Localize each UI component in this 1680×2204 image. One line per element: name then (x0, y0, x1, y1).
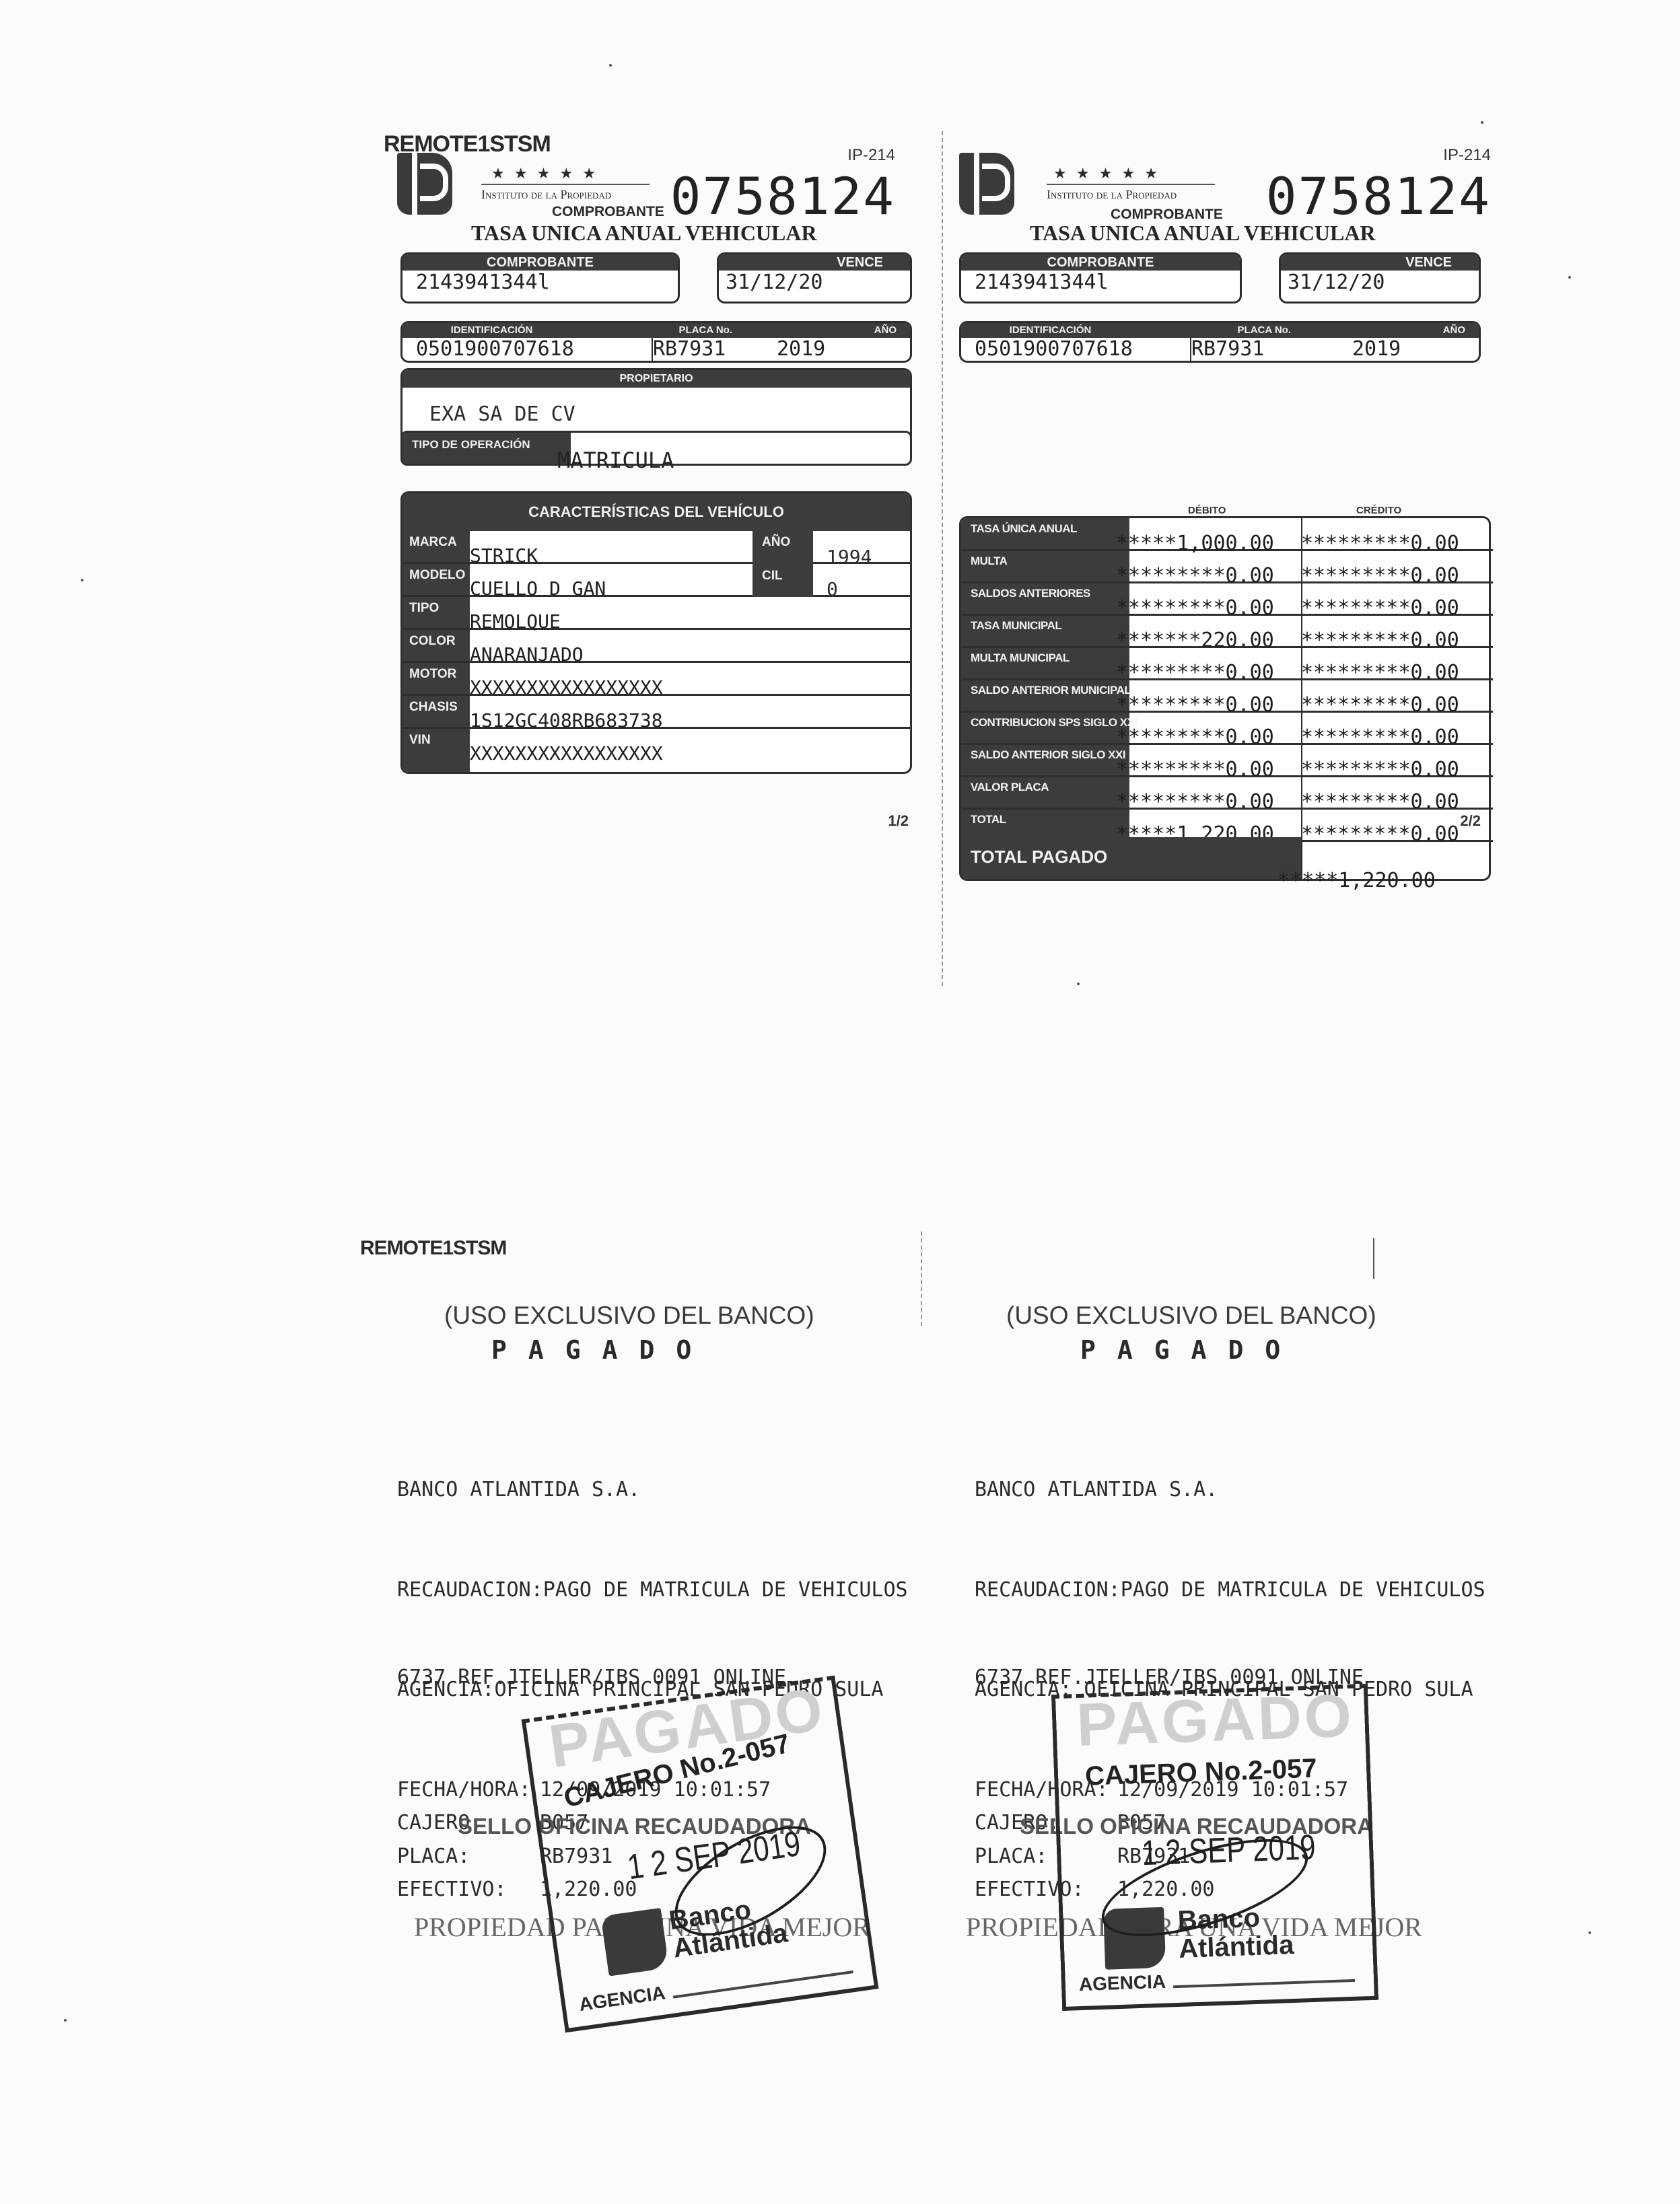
collection-type: RECAUDACION:PAGO DE MATRICULA DE VEHICUL… (975, 1573, 1485, 1607)
placa-value: RB7931 (1190, 338, 1348, 362)
charge-label: SALDO ANTERIOR MUNICIPAL (971, 684, 1131, 697)
cut-line (942, 131, 943, 986)
vehicle-year-label: AÑO (762, 535, 790, 550)
page-indicator: 2/2 (1460, 812, 1481, 830)
charge-credit: *********0.00 (1301, 822, 1459, 846)
charge-row: MULTA MUNICIPAL*********0.00*********0.0… (961, 647, 1493, 680)
identificacion-value: 0501900707618 (403, 338, 652, 362)
divider (481, 184, 650, 185)
characteristic-label: VIN (409, 733, 431, 748)
identification-box: IDENTIFICACIÓN PLACA No. AÑO 05019007076… (959, 321, 1481, 363)
charge-label: CONTRIBUCION SPS SIGLO XXI (971, 716, 1137, 730)
charge-row: CONTRIBUCION SPS SIGLO XXI*********0.00*… (961, 712, 1493, 745)
characteristic-label: TIPO (409, 601, 439, 616)
characteristic-row: CHASIS1S12GC408RB683738 (403, 696, 910, 729)
charge-label: TASA ÚNICA ANUAL (971, 522, 1077, 536)
characteristic-label: CHASIS (409, 700, 458, 715)
characteristic-value: XXXXXXXXXXXXXXXXX (470, 742, 663, 765)
comprobante-value: 2143941344l (403, 271, 678, 295)
owner-header: PROPIETARIO (403, 370, 910, 388)
form-code: IP-214 (1443, 146, 1491, 165)
identificacion-value: 0501900707618 (961, 338, 1190, 362)
serial-number: 0758124 (670, 166, 895, 226)
operation-type-value: MATRICULA (557, 448, 674, 473)
characteristic-label: COLOR (409, 634, 456, 649)
charge-label: VALOR PLACA (971, 781, 1049, 794)
comprobante-label: COMPROBANTE (552, 204, 664, 220)
bank-name: BANCO ATLANTIDA S.A. (397, 1473, 908, 1507)
bank-slip-left: (USO EXCLUSIVO DEL BANCO) PAGADO BANCO A… (390, 1292, 942, 2046)
debit-header: DÉBITO (1188, 505, 1226, 516)
charges-table: TASA ÚNICA ANUAL*****1,000.00*********0.… (959, 516, 1491, 881)
characteristic-row: MOTORXXXXXXXXXXXXXXXXX (403, 663, 910, 696)
total-paid-value: *****1,220.00 (1277, 869, 1436, 892)
divider (1047, 184, 1215, 185)
total-paid-label: TOTAL PAGADO (971, 847, 1107, 867)
charge-row: TASA ÚNICA ANUAL*****1,000.00*********0.… (961, 518, 1493, 551)
anio-value: 2019 (773, 338, 910, 362)
bank-name: BANCO ATLANTIDA S.A. (975, 1473, 1485, 1507)
charge-row: TASA MUNICIPAL*******220.00*********0.00 (961, 615, 1493, 648)
collection-type: RECAUDACION:PAGO DE MATRICULA DE VEHICUL… (397, 1573, 908, 1607)
identificacion-header: IDENTIFICACIÓN (961, 323, 1140, 338)
slip-field-key: FECHA/HORA: (397, 1773, 540, 1807)
document-title: TASA UNICA ANUAL VEHICULAR (1030, 221, 1376, 246)
characteristic-label: MODELO (409, 568, 465, 583)
placa-header: PLACA No. (1140, 323, 1304, 338)
charge-label: SALDO ANTERIOR SIGLO XXI (971, 748, 1125, 762)
characteristics-header: CARACTERÍSTICAS DEL VEHÍCULO (403, 493, 910, 531)
identification-box: IDENTIFICACIÓN PLACA No. AÑO 05019007076… (400, 321, 912, 363)
placa-header: PLACA No. (581, 323, 746, 338)
charge-label: TOTAL (971, 813, 1006, 826)
comprobante-box: COMPROBANTE 2143941344l (959, 252, 1242, 304)
charge-row: SALDOS ANTERIORES*********0.00*********0… (961, 583, 1493, 616)
bank-use-label: (USO EXCLUSIVO DEL BANCO) (444, 1302, 814, 1330)
placa-value: RB7931 (652, 338, 773, 362)
cylinders-value: 0 (827, 578, 838, 600)
serial-number: 0758124 (1266, 166, 1491, 226)
characteristic-label: MOTOR (409, 667, 456, 682)
anio-value: 2019 (1348, 338, 1479, 362)
comprobante-header: COMPROBANTE (403, 254, 678, 271)
owner-value: EXA SA DE CV (403, 388, 910, 426)
charge-label: MULTA (971, 555, 1007, 568)
charge-row: SALDO ANTERIOR SIGLO XXI*********0.00***… (961, 744, 1493, 777)
vehicle-characteristics: CARACTERÍSTICAS DEL VEHÍCULO MARCASTRICK… (400, 491, 912, 774)
anio-header: AÑO (1304, 323, 1479, 338)
slip-header-code: REMOTE1STSM (360, 1237, 506, 1260)
characteristic-label: MARCA (409, 535, 457, 550)
identificacion-header: IDENTIFICACIÓN (403, 323, 581, 338)
receipt-page-2: ★ ★ ★ ★ ★ Instituto de la Propiedad IP-2… (946, 131, 1504, 845)
slip-field-key: EFECTIVO: (397, 1873, 540, 1907)
stamp-cashier: CAJERO No.2-057 (1084, 1754, 1317, 1792)
institution-name: Instituto de la Propiedad (1047, 188, 1177, 202)
form-code: IP-214 (847, 146, 895, 165)
paid-label: PAGADO (1080, 1335, 1302, 1365)
stamp-agency: AGENCIA (577, 1982, 666, 2016)
slip-field-key: PLACA: (397, 1840, 540, 1874)
comprobante-value: 2143941344l (961, 271, 1240, 295)
total-paid-row: TOTAL PAGADO (961, 837, 1301, 879)
charge-label: SALDOS ANTERIORES (971, 587, 1090, 600)
institution-name: Instituto de la Propiedad (481, 188, 611, 202)
stars-icon: ★ ★ ★ ★ ★ (1053, 165, 1160, 182)
document-title: TASA UNICA ANUAL VEHICULAR (471, 221, 817, 246)
charge-row: MULTA*********0.00*********0.00 (961, 550, 1493, 583)
anio-header: AÑO (746, 323, 910, 338)
reference-line: 6737 REF.JTELLER/IBS 0091 ONLINE (397, 1666, 786, 1689)
operation-type-label: TIPO DE OPERACIÓN (403, 433, 571, 464)
vence-header: VENCE (719, 254, 910, 271)
cut-line (1373, 1238, 1374, 1279)
operation-type-box: TIPO DE OPERACIÓN MATRICULA (400, 431, 912, 466)
vence-value: 31/12/20 (1281, 271, 1479, 295)
vence-value: 31/12/20 (719, 271, 910, 295)
bank-slip-right: (USO EXCLUSIVO DEL BANCO) PAGADO BANCO A… (969, 1292, 1521, 2046)
bank-use-label: (USO EXCLUSIVO DEL BANCO) (1006, 1302, 1376, 1330)
page-indicator: 1/2 (888, 812, 909, 830)
charge-row: VALOR PLACA*********0.00*********0.00 (961, 777, 1493, 810)
charge-label: MULTA MUNICIPAL (971, 651, 1070, 665)
characteristic-row: VINXXXXXXXXXXXXXXXXX (403, 729, 910, 762)
charge-label: TASA MUNICIPAL (971, 619, 1061, 633)
characteristic-row: TIPOREMOLQUE (403, 597, 910, 630)
vence-header: VENCE (1281, 254, 1479, 271)
banco-atlantida-logo-icon (600, 1908, 669, 1977)
stamp-agency: AGENCIA (1078, 1971, 1166, 1995)
ip-logo-icon (397, 153, 452, 215)
charge-row: SALDO ANTERIOR MUNICIPAL*********0.00***… (961, 680, 1493, 713)
receipt-page-1: REMOTE1STSM ★ ★ ★ ★ ★ Instituto de la Pr… (363, 131, 922, 845)
characteristic-row: COLORANARANJADO (403, 630, 910, 663)
vehicle-year-value: 1994 (827, 546, 872, 568)
vence-box: VENCE 31/12/20 (717, 252, 912, 304)
stars-icon: ★ ★ ★ ★ ★ (491, 165, 598, 182)
comprobante-box: COMPROBANTE 2143941344l (400, 252, 680, 304)
cylinders-label: CIL (762, 569, 783, 583)
comprobante-header: COMPROBANTE (961, 254, 1240, 271)
vence-box: VENCE 31/12/20 (1279, 252, 1481, 304)
credit-header: CRÉDITO (1356, 505, 1401, 516)
ip-logo-icon (959, 153, 1014, 215)
paid-label: PAGADO (491, 1335, 713, 1365)
